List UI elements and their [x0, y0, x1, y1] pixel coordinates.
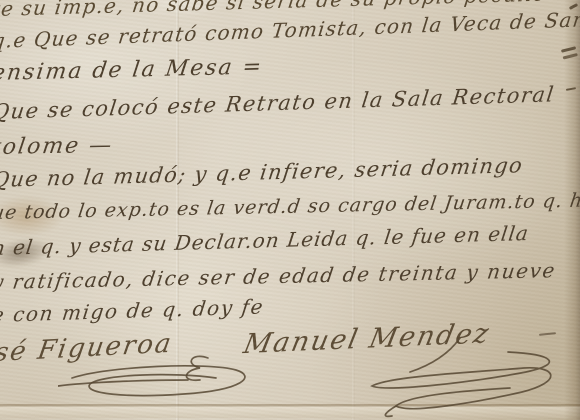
- manuscript-line-9: y ratificado, dice ser de edad de treint…: [0, 258, 558, 294]
- manuscript-line-5: tolome —: [0, 133, 115, 160]
- signature-flourish-mendez: [358, 338, 573, 420]
- manuscript-line-6: Que no la mudó; y q.e infiere, seria dom…: [0, 153, 525, 192]
- signature-flourish-figueroa: [58, 352, 268, 400]
- manuscript-line-3: ensima de la Mesa =: [0, 54, 265, 86]
- manuscript-line-7: ue todo lo exp.to es la verd.d so cargo …: [0, 190, 580, 224]
- manuscript-line-8: n el q. y esta su Declar.on Leida q. le …: [0, 221, 530, 260]
- edge-mark-fragment: [539, 332, 556, 336]
- manuscript-scan: te su imp.e, no sabe si seria de su prop…: [0, 0, 580, 420]
- manuscript-line-10: e con migo de q. doy fe: [0, 294, 266, 327]
- manuscript-line-4: Que se colocó este Retrato en la Sala Re…: [0, 82, 556, 124]
